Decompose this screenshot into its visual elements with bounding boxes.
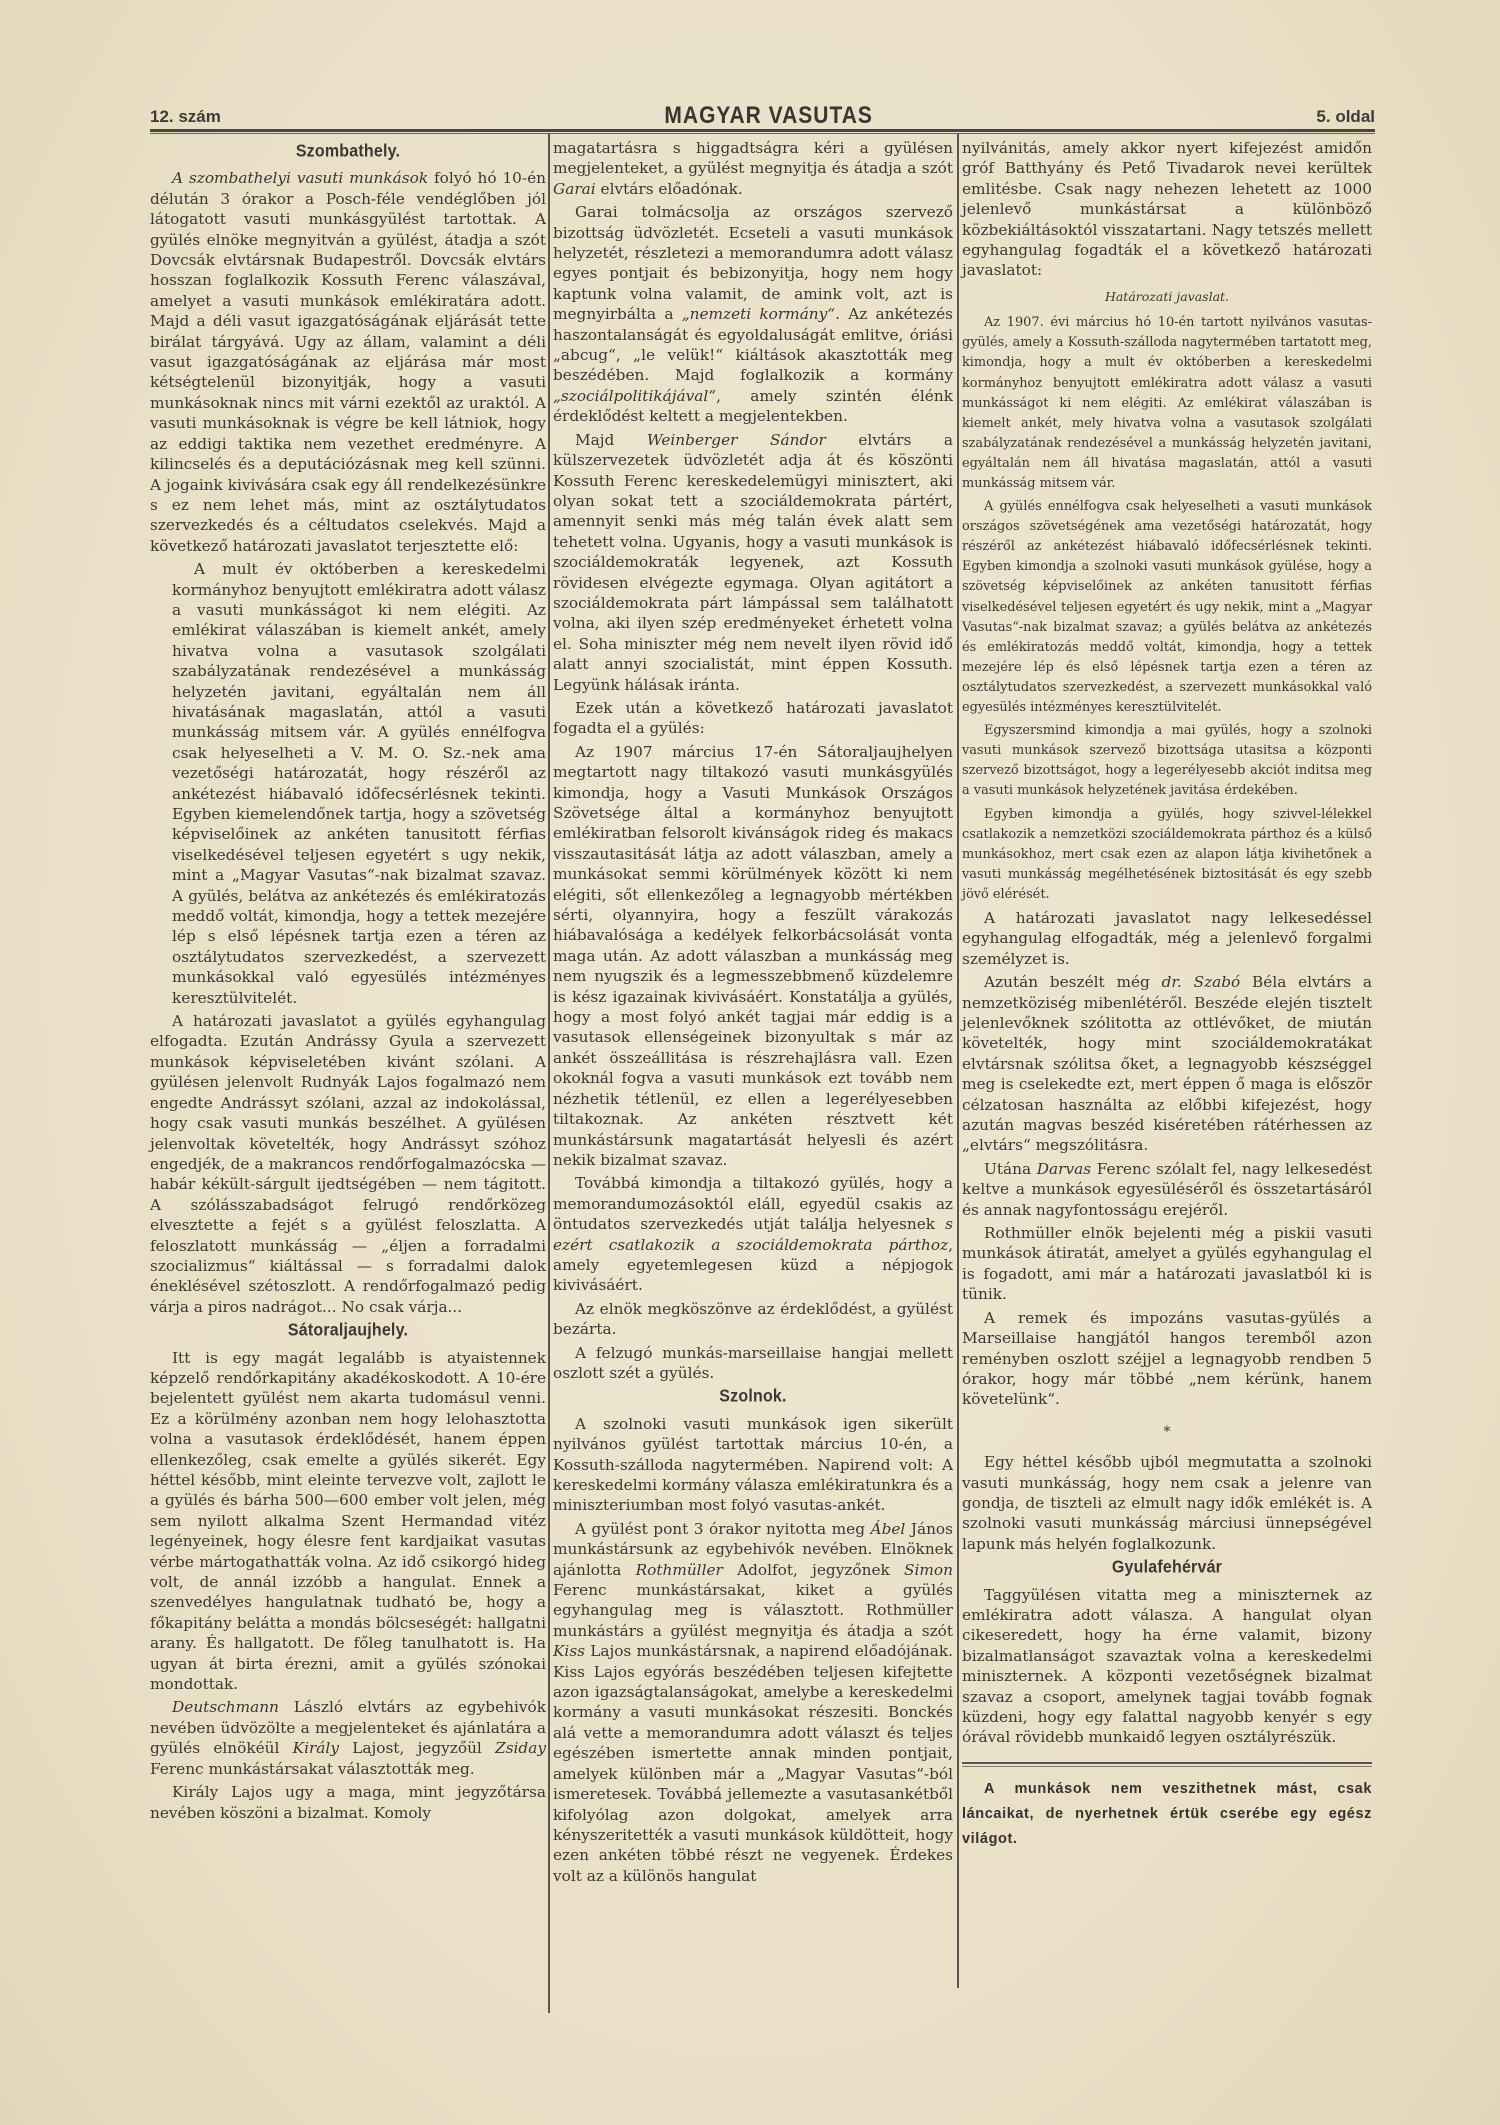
column-divider — [548, 133, 550, 2013]
paragraph: A gyülést pont 3 órakor nyitotta meg Ábe… — [553, 1519, 953, 1886]
paragraph: Továbbá kimondja a tiltakozó gyülés, hog… — [553, 1173, 953, 1295]
resolution-paragraph: Egyben kimondja a gyülés, hogy szivvel-l… — [962, 805, 1372, 905]
paragraph: Garai tolmácsolja az országos szervező b… — [553, 202, 953, 426]
paragraph: Deutschmann László elvtárs az egybehivók… — [150, 1697, 546, 1779]
column-1: Szombathely. A szombathelyi vasuti munká… — [150, 138, 546, 1826]
section-heading-szolnok: Szolnok. — [553, 1386, 953, 1408]
paragraph: Utána Darvas Ferenc szólalt fel, nagy le… — [962, 1159, 1372, 1220]
paragraph: A remek és impozáns vasutas-gyülés a Mar… — [962, 1308, 1372, 1410]
paragraph: Itt is egy magát legalább is atyaistenne… — [150, 1348, 546, 1695]
section-heading-gyulafehervar: Gyulafehérvár — [962, 1557, 1372, 1579]
resolution-paragraph: A gyülés ennélfogva csak helyeselheti a … — [962, 497, 1372, 718]
section-heading-satoraljaujhely: Sátoraljaujhely. — [150, 1320, 546, 1342]
paragraph: A felzugó munkás-marseillaise hangjai me… — [553, 1343, 953, 1384]
newspaper-page: 12. szám MAGYAR VASUTAS 5. oldal Szombat… — [0, 0, 1500, 2125]
column-3: nyilvánitás, amely akkor nyert kifejezés… — [962, 138, 1372, 1855]
paragraph: A szombathelyi vasuti munkások folyó hó … — [150, 168, 546, 556]
paragraph: Egy héttel később ujból megmutatta a szo… — [962, 1452, 1372, 1554]
paragraph: A szolnoki vasuti munkások igen sikerült… — [553, 1414, 953, 1516]
motto: A munkások nem veszithetnek mást, csak l… — [962, 1777, 1372, 1852]
paragraph: Ezek után a következő határozati javasla… — [553, 698, 953, 739]
paragraph: Majd Weinberger Sándor elvtárs a külszer… — [553, 430, 953, 695]
resolution-paragraph: Az 1907. évi március hó 10-én tartott ny… — [962, 313, 1372, 494]
page-number: 5. oldal — [1316, 107, 1375, 127]
header-rule — [150, 129, 1375, 134]
resolution-paragraph: A mult év októberben a kereskedelmi korm… — [172, 559, 546, 1008]
resolution-paragraph: Az 1907 március 17-én Sátoraljaujhelyen … — [553, 742, 953, 1171]
motto-rule — [962, 1762, 1372, 1767]
paragraph: nyilvánitás, amely akkor nyert kifejezés… — [962, 138, 1372, 281]
page-header: 12. szám MAGYAR VASUTAS 5. oldal — [150, 104, 1375, 130]
newspaper-title: MAGYAR VASUTAS — [664, 102, 872, 130]
paragraph: Taggyülésen vitatta meg a miniszternek a… — [962, 1585, 1372, 1748]
resolution-paragraph: Egyszersmind kimondja a mai gyülés, hogy… — [962, 721, 1372, 801]
italic-lead: A szombathelyi vasuti munkások — [172, 169, 428, 187]
paragraph: Rothmüller elnök bejelenti még a piskii … — [962, 1223, 1372, 1305]
paragraph: Király Lajos ugy a maga, mint jegyzőtárs… — [150, 1782, 546, 1823]
paragraph: magatartásra s higgadtságra kéri a gyülé… — [553, 138, 953, 199]
paragraph: A határozati javaslatot a gyülés egyhang… — [150, 1011, 546, 1317]
column-divider — [957, 133, 959, 1988]
resolution-subheading: Határozati javaslat. — [962, 287, 1372, 307]
paragraph: A határozati javaslatot nagy lelkesedéss… — [962, 908, 1372, 969]
column-2: magatartásra s higgadtságra kéri a gyülé… — [553, 138, 953, 1889]
paragraph: Az elnök megköszönve az érdeklődést, a g… — [553, 1299, 953, 1340]
issue-number: 12. szám — [150, 107, 221, 127]
paragraph: Azután beszélt még dr. Szabó Béla elvtár… — [962, 972, 1372, 1156]
section-heading-szombathely: Szombathely. — [150, 141, 546, 163]
section-separator-asterisk: * — [962, 1422, 1372, 1442]
